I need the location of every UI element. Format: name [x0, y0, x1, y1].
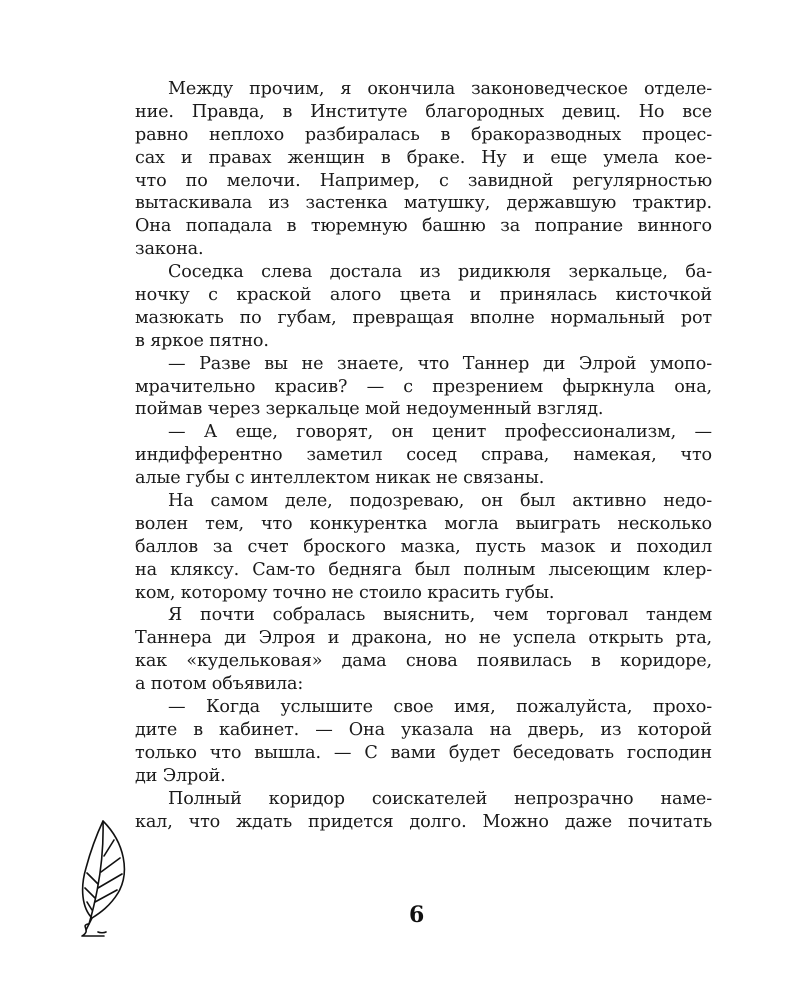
- text-line: закона.: [135, 238, 712, 261]
- text-line: Полный коридор соискателей непрозрачно н…: [135, 788, 712, 811]
- text-line: как «кудельковая» дама снова появилась в…: [135, 650, 712, 673]
- text-line: — А еще, говорят, он ценит профессионали…: [135, 421, 712, 444]
- text-line: дите в кабинет. — Она указала на дверь, …: [135, 719, 712, 742]
- text-line: сах и правах женщин в браке. Ну и еще ум…: [135, 147, 712, 170]
- text-line: индифферентно заметил сосед справа, наме…: [135, 444, 712, 467]
- text-line: а потом объявила:: [135, 673, 712, 696]
- text-line: Между прочим, я окончила законоведческое…: [135, 78, 712, 101]
- text-line: что по мелочи. Например, с завидной регу…: [135, 170, 712, 193]
- text-line: — Разве вы не знаете, что Таннер ди Элро…: [135, 353, 712, 376]
- text-line: баллов за счет броского мазка, пусть маз…: [135, 536, 712, 559]
- text-line: Я почти собралась выяснить, чем торговал…: [135, 604, 712, 627]
- text-line: в яркое пятно.: [135, 330, 712, 353]
- text-line: Таннера ди Элроя и дракона, но не успела…: [135, 627, 712, 650]
- text-line: только что вышла. — С вами будет беседов…: [135, 742, 712, 765]
- text-line: мрачительно красив? — с презрением фыркн…: [135, 376, 712, 399]
- text-line: алые губы с интеллектом никак не связаны…: [135, 467, 712, 490]
- body-text: Между прочим, я окончила законоведческое…: [135, 78, 712, 833]
- text-line: вытаскивала из застенка матушку, державш…: [135, 192, 712, 215]
- text-line: кал, что ждать придется долго. Можно даж…: [135, 811, 712, 834]
- text-line: равно неплохо разбиралась в бракоразводн…: [135, 124, 712, 147]
- text-line: ком, которому точно не стоило красить гу…: [135, 582, 712, 605]
- text-line: на кляксу. Сам-то бедняга был полным лыс…: [135, 559, 712, 582]
- text-line: Она попадала в тюремную башню за попрани…: [135, 215, 712, 238]
- text-line: ди Элрой.: [135, 765, 712, 788]
- text-line: поймав через зеркальце мой недоуменный в…: [135, 398, 712, 421]
- text-line: — Когда услышите свое имя, пожалуйста, п…: [135, 696, 712, 719]
- text-line: Соседка слева достала из ридикюля зеркал…: [135, 261, 712, 284]
- text-line: волен тем, что конкурентка могла выиграт…: [135, 513, 712, 536]
- text-line: На самом деле, подозреваю, он был активн…: [135, 490, 712, 513]
- feather-icon: [70, 818, 140, 943]
- text-line: ночку с краской алого цвета и принялась …: [135, 284, 712, 307]
- book-page: Между прочим, я окончила законоведческое…: [0, 0, 800, 1000]
- page-number: 6: [409, 902, 424, 928]
- text-line: мазюкать по губам, превращая вполне норм…: [135, 307, 712, 330]
- text-line: ние. Правда, в Институте благородных дев…: [135, 101, 712, 124]
